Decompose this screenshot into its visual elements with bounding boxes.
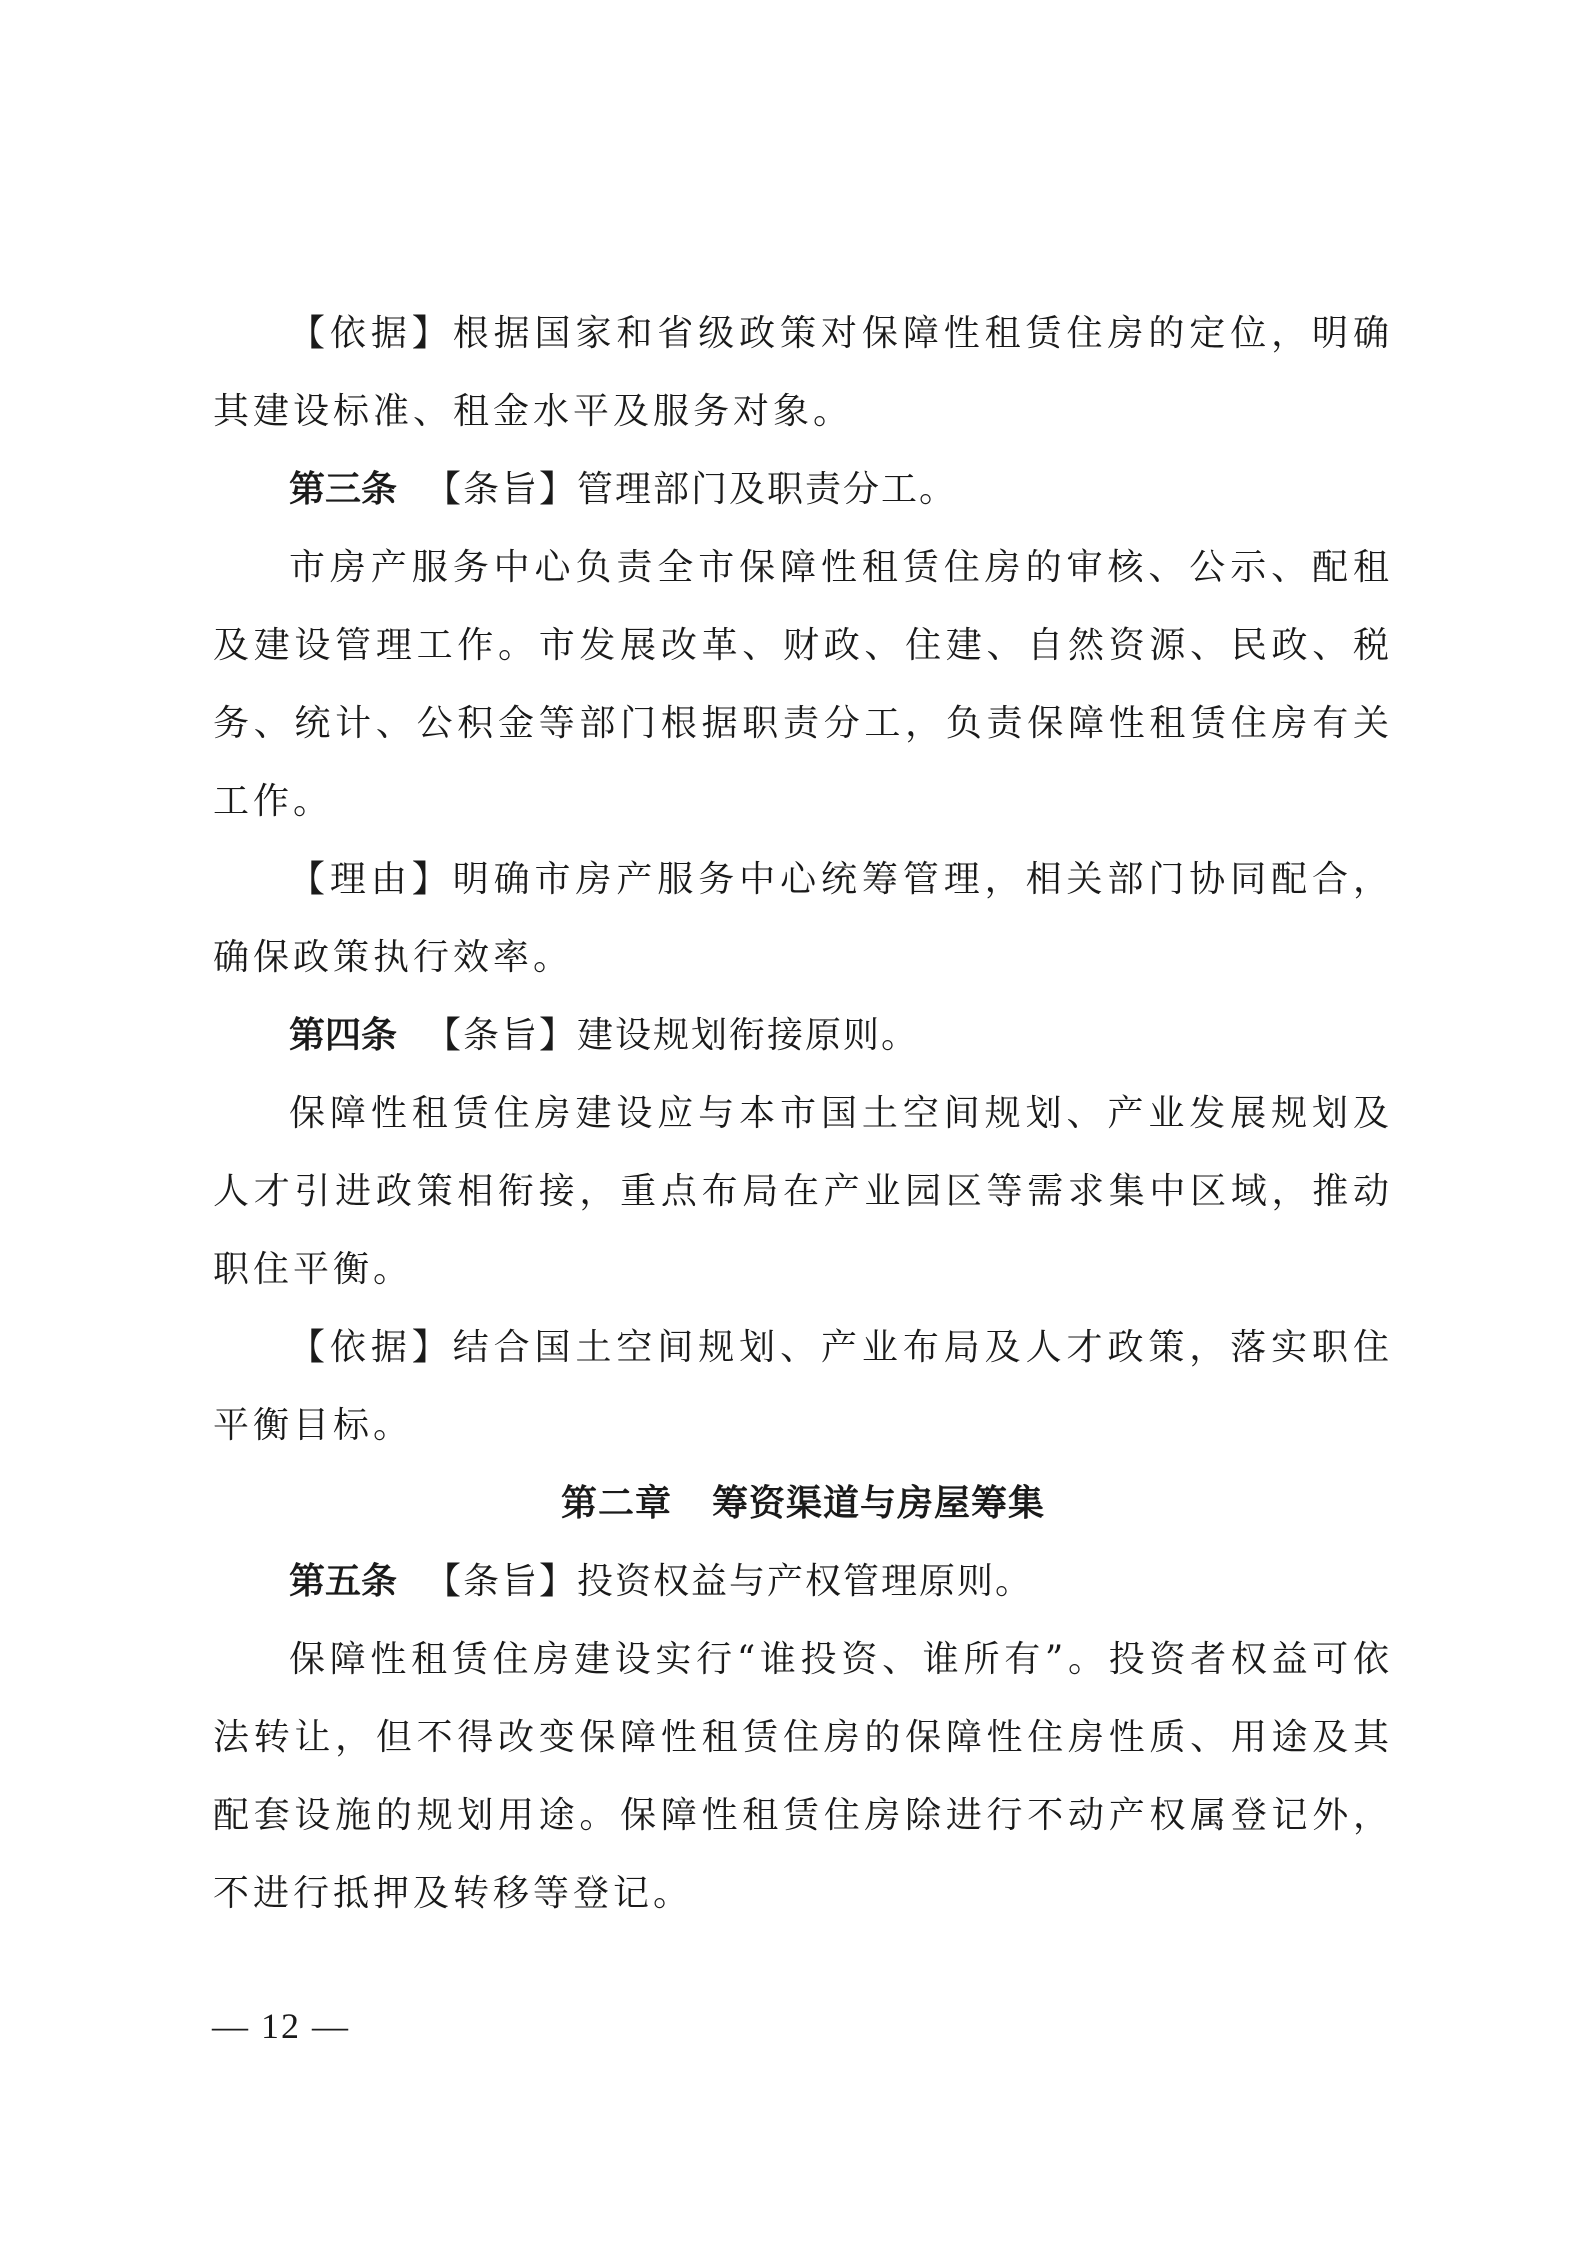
article-number: 第三条 [289,469,397,510]
document-body: 【依据】根据国家和省级政策对保障性租赁住房的定位，明确其建设标准、租金水平及服务… [213,295,1393,1933]
article-4-heading: 第四条【条旨】建设规划衔接原则。 [213,997,1393,1075]
document-page: 【依据】根据国家和省级政策对保障性租赁住房的定位，明确其建设标准、租金水平及服务… [0,0,1587,2245]
chapter-title: 筹资渠道与房屋筹集 [712,1483,1045,1524]
article-4-basis: 【依据】结合国土空间规划、产业布局及人才政策，落实职住平衡目标。 [213,1309,1393,1465]
article-4-body: 保障性租赁住房建设应与本市国土空间规划、产业发展规划及人才引进政策相衔接，重点布… [213,1075,1393,1309]
article-number: 第四条 [289,1015,397,1056]
article-5-body: 保障性租赁住房建设实行“谁投资、谁所有”。投资者权益可依法转让，但不得改变保障性… [213,1621,1393,1933]
article-3-heading: 第三条【条旨】管理部门及职责分工。 [213,451,1393,529]
article-summary: 【条旨】管理部门及职责分工。 [425,469,957,510]
chapter-number: 第二章 [561,1483,672,1524]
article-3-reason: 【理由】明确市房产服务中心统筹管理，相关部门协同配合，确保政策执行效率。 [213,841,1393,997]
basis-paragraph-article-2: 【依据】根据国家和省级政策对保障性租赁住房的定位，明确其建设标准、租金水平及服务… [213,295,1393,451]
article-summary: 【条旨】建设规划衔接原则。 [425,1015,919,1056]
article-3-body: 市房产服务中心负责全市保障性租赁住房的审核、公示、配租及建设管理工作。市发展改革… [213,529,1393,841]
article-summary: 【条旨】投资权益与产权管理原则。 [425,1561,1033,1602]
page-number: — 12 — [212,2005,350,2047]
chapter-2-heading: 第二章筹资渠道与房屋筹集 [213,1465,1393,1543]
article-5-heading: 第五条【条旨】投资权益与产权管理原则。 [213,1543,1393,1621]
article-number: 第五条 [289,1561,397,1602]
